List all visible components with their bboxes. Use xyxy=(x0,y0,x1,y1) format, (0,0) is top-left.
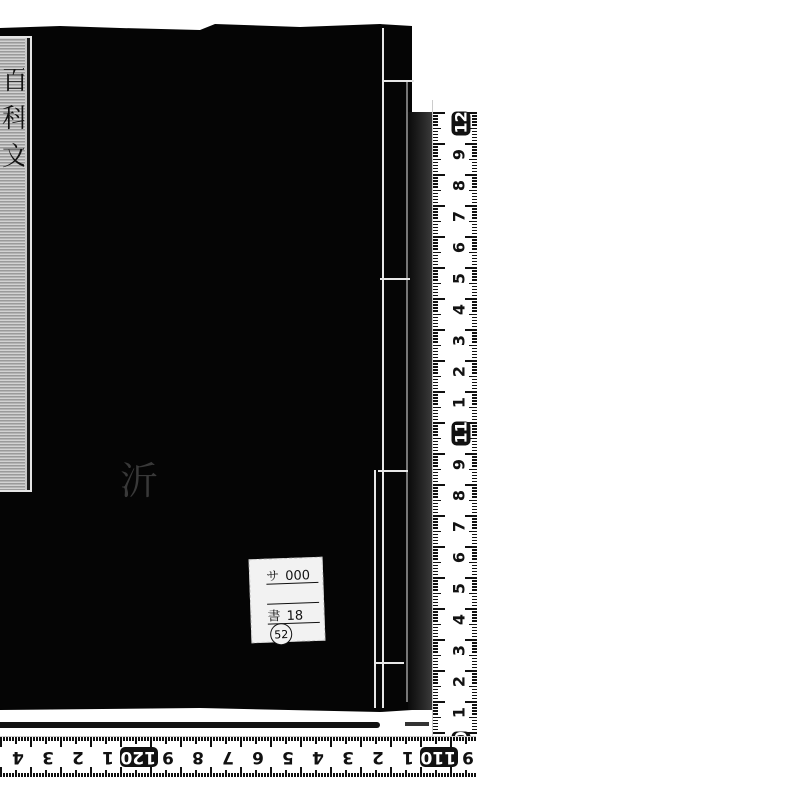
ruler-tick xyxy=(433,500,441,502)
ruler-tick xyxy=(459,737,461,741)
ruler-tick xyxy=(174,737,176,741)
ruler-tick xyxy=(282,773,284,777)
ruler-tick xyxy=(417,773,419,777)
ruler-tick xyxy=(433,602,438,604)
ruler-tick xyxy=(472,307,477,309)
ruler-tick xyxy=(472,320,477,322)
ruler-tick xyxy=(433,518,438,520)
ruler-tick xyxy=(60,737,62,747)
ruler-tick xyxy=(12,737,14,741)
ruler-tick xyxy=(472,121,477,123)
ruler-tick xyxy=(378,737,380,741)
ruler-tick xyxy=(433,577,445,579)
ruler-tick xyxy=(237,737,239,741)
ruler-tick xyxy=(339,737,341,741)
ruler-tick xyxy=(469,500,477,502)
ruler-label: 4 xyxy=(450,300,469,320)
ruler-tick xyxy=(469,562,477,564)
ruler-tick xyxy=(472,620,477,622)
ruler-tick xyxy=(129,773,131,777)
ruler-tick xyxy=(433,233,438,235)
ruler-tick xyxy=(231,737,233,741)
ruler-tick xyxy=(57,737,59,741)
ruler-tick xyxy=(472,692,477,694)
ruler-tick xyxy=(441,737,443,741)
ruler-tick xyxy=(433,345,441,347)
ruler-tick xyxy=(433,589,438,591)
ruler-tick xyxy=(433,174,445,176)
ruler-tick xyxy=(433,487,438,489)
shadow-strip xyxy=(0,722,380,728)
ruler-tick xyxy=(472,664,477,666)
ruler-tick xyxy=(472,580,477,582)
ruler-label: 6 xyxy=(248,747,268,767)
ruler-tick xyxy=(433,608,445,610)
ruler-tick xyxy=(153,773,155,777)
ruler-tick xyxy=(433,214,438,216)
ruler-tick xyxy=(472,118,477,120)
ruler-label: 1 xyxy=(98,747,118,767)
ruler-tick xyxy=(472,518,477,520)
ruler-tick xyxy=(433,655,441,657)
ruler-tick xyxy=(472,155,477,157)
ruler-tick xyxy=(318,773,320,777)
ruler-tick xyxy=(433,180,438,182)
ruler-tick xyxy=(433,112,445,114)
ruler-tick xyxy=(402,737,404,741)
ruler-tick xyxy=(15,770,17,777)
ruler-tick xyxy=(57,773,59,777)
ruler-tick xyxy=(433,543,438,545)
ruler-tick xyxy=(18,737,20,741)
ruler-tick xyxy=(472,242,477,244)
ruler-tick xyxy=(472,589,477,591)
ruler-tick xyxy=(433,720,438,722)
ruler-tick xyxy=(183,773,185,777)
ruler-tick xyxy=(472,335,477,337)
ruler-tick xyxy=(433,627,438,629)
ruler-tick xyxy=(472,555,477,557)
ruler-tick xyxy=(159,737,161,741)
ruler-tick xyxy=(472,493,477,495)
ruler-tick xyxy=(72,737,74,741)
ruler-tick xyxy=(375,770,377,777)
ruler-tick xyxy=(120,737,122,747)
ruler-tick xyxy=(138,773,140,777)
ruler-tick xyxy=(474,773,476,777)
ruler-tick xyxy=(433,636,438,638)
ruler-tick xyxy=(472,487,477,489)
ruler-tick xyxy=(264,737,266,741)
ruler-tick xyxy=(366,737,368,741)
ruler-tick xyxy=(433,289,438,291)
ruler-tick xyxy=(433,707,438,709)
ruler-tick xyxy=(18,773,20,777)
ruler-tick xyxy=(468,773,470,777)
ruler-tick xyxy=(472,713,477,715)
ruler-tick xyxy=(472,354,477,356)
ruler-tick xyxy=(433,717,441,719)
ruler-tick xyxy=(171,773,173,777)
ruler-tick xyxy=(360,737,362,747)
ruler-tick xyxy=(433,279,438,281)
ruler-tick xyxy=(433,283,441,285)
ruler-tick xyxy=(99,773,101,777)
ruler-tick xyxy=(433,462,438,464)
ruler-tick xyxy=(324,773,326,777)
ruler-tick xyxy=(472,304,477,306)
ruler-tick xyxy=(433,667,438,669)
ruler-tick xyxy=(433,521,438,523)
ruler-tick xyxy=(102,773,104,777)
ruler-tick xyxy=(472,255,477,257)
ruler-tick xyxy=(276,737,278,741)
ruler-tick xyxy=(111,773,113,777)
ruler-tick xyxy=(279,773,281,777)
ruler-tick xyxy=(433,407,441,409)
ruler-tick xyxy=(27,773,29,777)
ruler-tick xyxy=(201,737,203,741)
ruler-tick xyxy=(411,737,413,741)
ruler-tick xyxy=(472,310,477,312)
ruler-tick xyxy=(279,737,281,741)
ruler-tick xyxy=(433,323,438,325)
ruler-tick xyxy=(472,273,477,275)
ruler-tick xyxy=(433,332,438,334)
binding-thread-vertical xyxy=(382,28,384,708)
ruler-tick xyxy=(433,134,438,136)
ruler-tick xyxy=(433,329,445,331)
ruler-tick xyxy=(433,524,438,526)
ruler-tick xyxy=(472,630,477,632)
ruler-tick xyxy=(123,773,125,777)
ruler-tick xyxy=(472,425,477,427)
ruler-label: 9 xyxy=(450,455,469,475)
ruler-tick xyxy=(93,773,95,777)
ruler-tick xyxy=(258,773,260,777)
ruler-tick xyxy=(252,773,254,777)
ruler-tick xyxy=(90,737,92,747)
ruler-tick xyxy=(433,307,438,309)
ruler-tick xyxy=(84,773,86,777)
ruler-tick xyxy=(469,593,477,595)
ruler-tick xyxy=(156,773,158,777)
ruler-tick xyxy=(433,230,438,232)
ruler-tick xyxy=(69,773,71,777)
ruler-tick xyxy=(472,245,477,247)
ruler-tick xyxy=(472,434,477,436)
ruler-label: 3 xyxy=(338,747,358,767)
ruler-tick xyxy=(433,434,438,436)
ruler-tick xyxy=(433,146,438,148)
ruler-tick xyxy=(472,403,477,405)
ruler-label: 120 xyxy=(452,112,471,136)
ruler-label: 7 xyxy=(450,517,469,537)
ruler-tick xyxy=(472,372,477,374)
ruler-tick xyxy=(48,737,50,741)
ruler-tick xyxy=(324,737,326,741)
ruler-tick xyxy=(165,770,167,777)
label-value xyxy=(266,586,267,601)
ruler-label: 6 xyxy=(450,548,469,568)
ruler-tick xyxy=(472,627,477,629)
ruler-tick xyxy=(472,710,477,712)
ruler-tick xyxy=(3,737,5,741)
ruler-tick xyxy=(472,180,477,182)
ruler-tick xyxy=(384,773,386,777)
ruler-tick xyxy=(469,469,477,471)
ruler-tick xyxy=(472,186,477,188)
ruler-label: 3 xyxy=(450,331,469,351)
ruler-tick xyxy=(472,695,477,697)
ruler-tick xyxy=(433,689,438,691)
ruler-tick xyxy=(378,773,380,777)
label-row-2 xyxy=(266,584,319,605)
ruler-tick xyxy=(433,444,438,446)
ruler-tick xyxy=(472,382,477,384)
ruler-tick xyxy=(433,379,438,381)
ruler-tick xyxy=(333,773,335,777)
ruler-tick xyxy=(472,475,477,477)
ruler-tick xyxy=(414,773,416,777)
ruler-tick xyxy=(42,737,44,741)
ruler-tick xyxy=(433,267,445,269)
ruler-tick xyxy=(472,341,477,343)
ruler-tick xyxy=(472,357,477,359)
ruler-tick xyxy=(433,558,438,560)
ruler-tick xyxy=(75,770,77,777)
ruler-tick xyxy=(312,737,314,741)
ruler-tick xyxy=(472,208,477,210)
ruler-tick xyxy=(144,773,146,777)
ruler-tick xyxy=(372,773,374,777)
ruler-tick xyxy=(288,773,290,777)
ruler-tick xyxy=(369,773,371,777)
ruler-tick xyxy=(186,737,188,741)
title-slip: 百 科 文 xyxy=(0,36,32,492)
ruler-tick xyxy=(472,351,477,353)
ruler-tick xyxy=(433,273,438,275)
ruler-tick xyxy=(472,369,477,371)
ruler-tick xyxy=(102,737,104,741)
ruler-tick xyxy=(433,630,438,632)
ruler-tick xyxy=(469,531,477,533)
ruler-tick xyxy=(246,773,248,777)
ruler-tick xyxy=(408,737,410,741)
ruler-tick xyxy=(472,317,477,319)
ruler-tick xyxy=(472,214,477,216)
ruler-tick xyxy=(381,737,383,741)
ruler-label: 8 xyxy=(188,747,208,767)
ruler-tick xyxy=(469,376,477,378)
ruler-tick xyxy=(433,475,438,477)
ruler-tick xyxy=(162,773,164,777)
ruler-tick xyxy=(433,503,438,505)
ruler-tick xyxy=(216,773,218,777)
ruler-tick xyxy=(433,115,438,117)
ruler-tick xyxy=(472,279,477,281)
ruler-tick xyxy=(472,258,477,260)
ruler-tick xyxy=(348,773,350,777)
ruler-tick xyxy=(321,737,323,741)
ruler-tick xyxy=(433,410,438,412)
ruler-label: 7 xyxy=(218,747,238,767)
ruler-tick xyxy=(472,512,477,514)
ruler-tick xyxy=(433,196,438,198)
ruler-tick xyxy=(36,773,38,777)
ruler-tick xyxy=(433,155,438,157)
ruler-tick xyxy=(433,565,438,567)
ruler-tick xyxy=(144,737,146,741)
ruler-tick xyxy=(433,496,438,498)
ruler-tick xyxy=(204,737,206,741)
ruler-tick xyxy=(69,737,71,741)
ruler-tick xyxy=(433,351,438,353)
vertical-ruler: 12098765432111098765432100 xyxy=(432,100,477,740)
ruler-tick xyxy=(339,773,341,777)
ruler-tick xyxy=(472,611,477,613)
ruler-tick xyxy=(433,478,438,480)
ruler-tick xyxy=(216,737,218,741)
ruler-tick xyxy=(472,667,477,669)
ruler-tick xyxy=(156,737,158,741)
ruler-tick xyxy=(63,773,65,777)
ruler-tick xyxy=(186,773,188,777)
ruler-tick xyxy=(132,737,134,741)
shadow-strip xyxy=(405,722,429,726)
ruler-tick xyxy=(189,737,191,741)
ruler-tick xyxy=(472,534,477,536)
ruler-tick xyxy=(472,441,477,443)
ruler-tick xyxy=(472,661,477,663)
ruler-tick xyxy=(351,737,353,741)
ruler-tick xyxy=(472,472,477,474)
ruler-tick xyxy=(153,737,155,741)
ruler-tick xyxy=(433,304,438,306)
ruler-tick xyxy=(6,773,8,777)
ruler-tick xyxy=(433,617,438,619)
label-value: 000 xyxy=(285,568,310,584)
ruler-label: 6 xyxy=(450,238,469,258)
ruler-tick xyxy=(433,286,438,288)
ruler-tick xyxy=(472,676,477,678)
ruler-tick xyxy=(198,773,200,777)
ruler-tick xyxy=(237,773,239,777)
ruler-tick xyxy=(433,571,438,573)
ruler-tick xyxy=(435,737,437,744)
label-prefix: サ xyxy=(266,569,280,584)
ruler-tick xyxy=(129,737,131,741)
ruler-tick xyxy=(51,773,53,777)
ruler-tick xyxy=(433,599,438,601)
ruler-tick xyxy=(472,211,477,213)
ruler-tick xyxy=(210,767,212,777)
ruler-tick xyxy=(469,345,477,347)
ruler-tick xyxy=(456,773,458,777)
ruler-tick xyxy=(472,543,477,545)
ruler-tick xyxy=(81,773,83,777)
ruler-tick xyxy=(433,310,438,312)
ruler-tick xyxy=(433,326,438,328)
ruler-tick xyxy=(472,689,477,691)
ruler-tick xyxy=(433,605,438,607)
ruler-tick xyxy=(472,431,477,433)
ruler-tick xyxy=(433,642,438,644)
ruler-tick xyxy=(126,737,128,741)
ruler-tick xyxy=(433,673,438,675)
ruler-tick xyxy=(198,737,200,741)
ruler-tick xyxy=(472,602,477,604)
ruler-tick xyxy=(180,767,182,777)
ruler-tick xyxy=(114,737,116,741)
ruler-tick xyxy=(433,534,438,536)
ruler-tick xyxy=(54,737,56,741)
ruler-label: 5 xyxy=(450,269,469,289)
ruler-tick xyxy=(243,737,245,741)
ruler-tick xyxy=(433,357,438,359)
binding-thread-horizontal xyxy=(376,662,404,664)
ruler-tick xyxy=(105,770,107,777)
ruler-tick xyxy=(66,737,68,741)
ruler-tick xyxy=(472,605,477,607)
ruler-tick xyxy=(433,363,438,365)
ruler-tick xyxy=(433,441,438,443)
ruler-tick xyxy=(433,397,438,399)
ruler-tick xyxy=(433,236,445,238)
ruler-tick xyxy=(433,400,438,402)
ruler-label: 5 xyxy=(450,579,469,599)
ruler-tick xyxy=(405,737,407,744)
ruler-tick xyxy=(204,773,206,777)
ruler-tick xyxy=(472,149,477,151)
ruler-tick xyxy=(472,462,477,464)
ruler-tick xyxy=(433,512,438,514)
ruler-tick xyxy=(472,707,477,709)
ruler-tick xyxy=(336,773,338,777)
ruler-tick xyxy=(147,773,149,777)
ruler-tick xyxy=(342,773,344,777)
ruler-tick xyxy=(282,737,284,741)
ruler-tick xyxy=(93,737,95,741)
ruler-tick xyxy=(472,171,477,173)
ruler-tick xyxy=(433,394,438,396)
ruler-tick xyxy=(433,137,438,139)
ruler-tick xyxy=(433,682,438,684)
ruler-tick xyxy=(472,227,477,229)
ruler-tick xyxy=(472,124,477,126)
ruler-tick xyxy=(433,162,438,164)
ruler-tick xyxy=(433,645,438,647)
ruler-tick xyxy=(192,737,194,741)
page-stack-edge xyxy=(0,712,430,720)
ruler-tick xyxy=(433,193,438,195)
ruler-tick xyxy=(87,773,89,777)
ruler-tick xyxy=(433,391,445,393)
ruler-tick xyxy=(433,540,438,542)
ruler-tick xyxy=(33,773,35,777)
ruler-tick xyxy=(21,773,23,777)
ruler-tick xyxy=(27,737,29,741)
ruler-tick xyxy=(433,465,438,467)
ruler-tick xyxy=(408,773,410,777)
ruler-tick xyxy=(472,410,477,412)
ruler-tick xyxy=(267,773,269,777)
ruler-tick xyxy=(433,549,438,551)
ruler-tick xyxy=(433,713,438,715)
ruler-tick xyxy=(393,737,395,741)
ruler-tick xyxy=(433,692,438,694)
ruler-tick xyxy=(396,773,398,777)
